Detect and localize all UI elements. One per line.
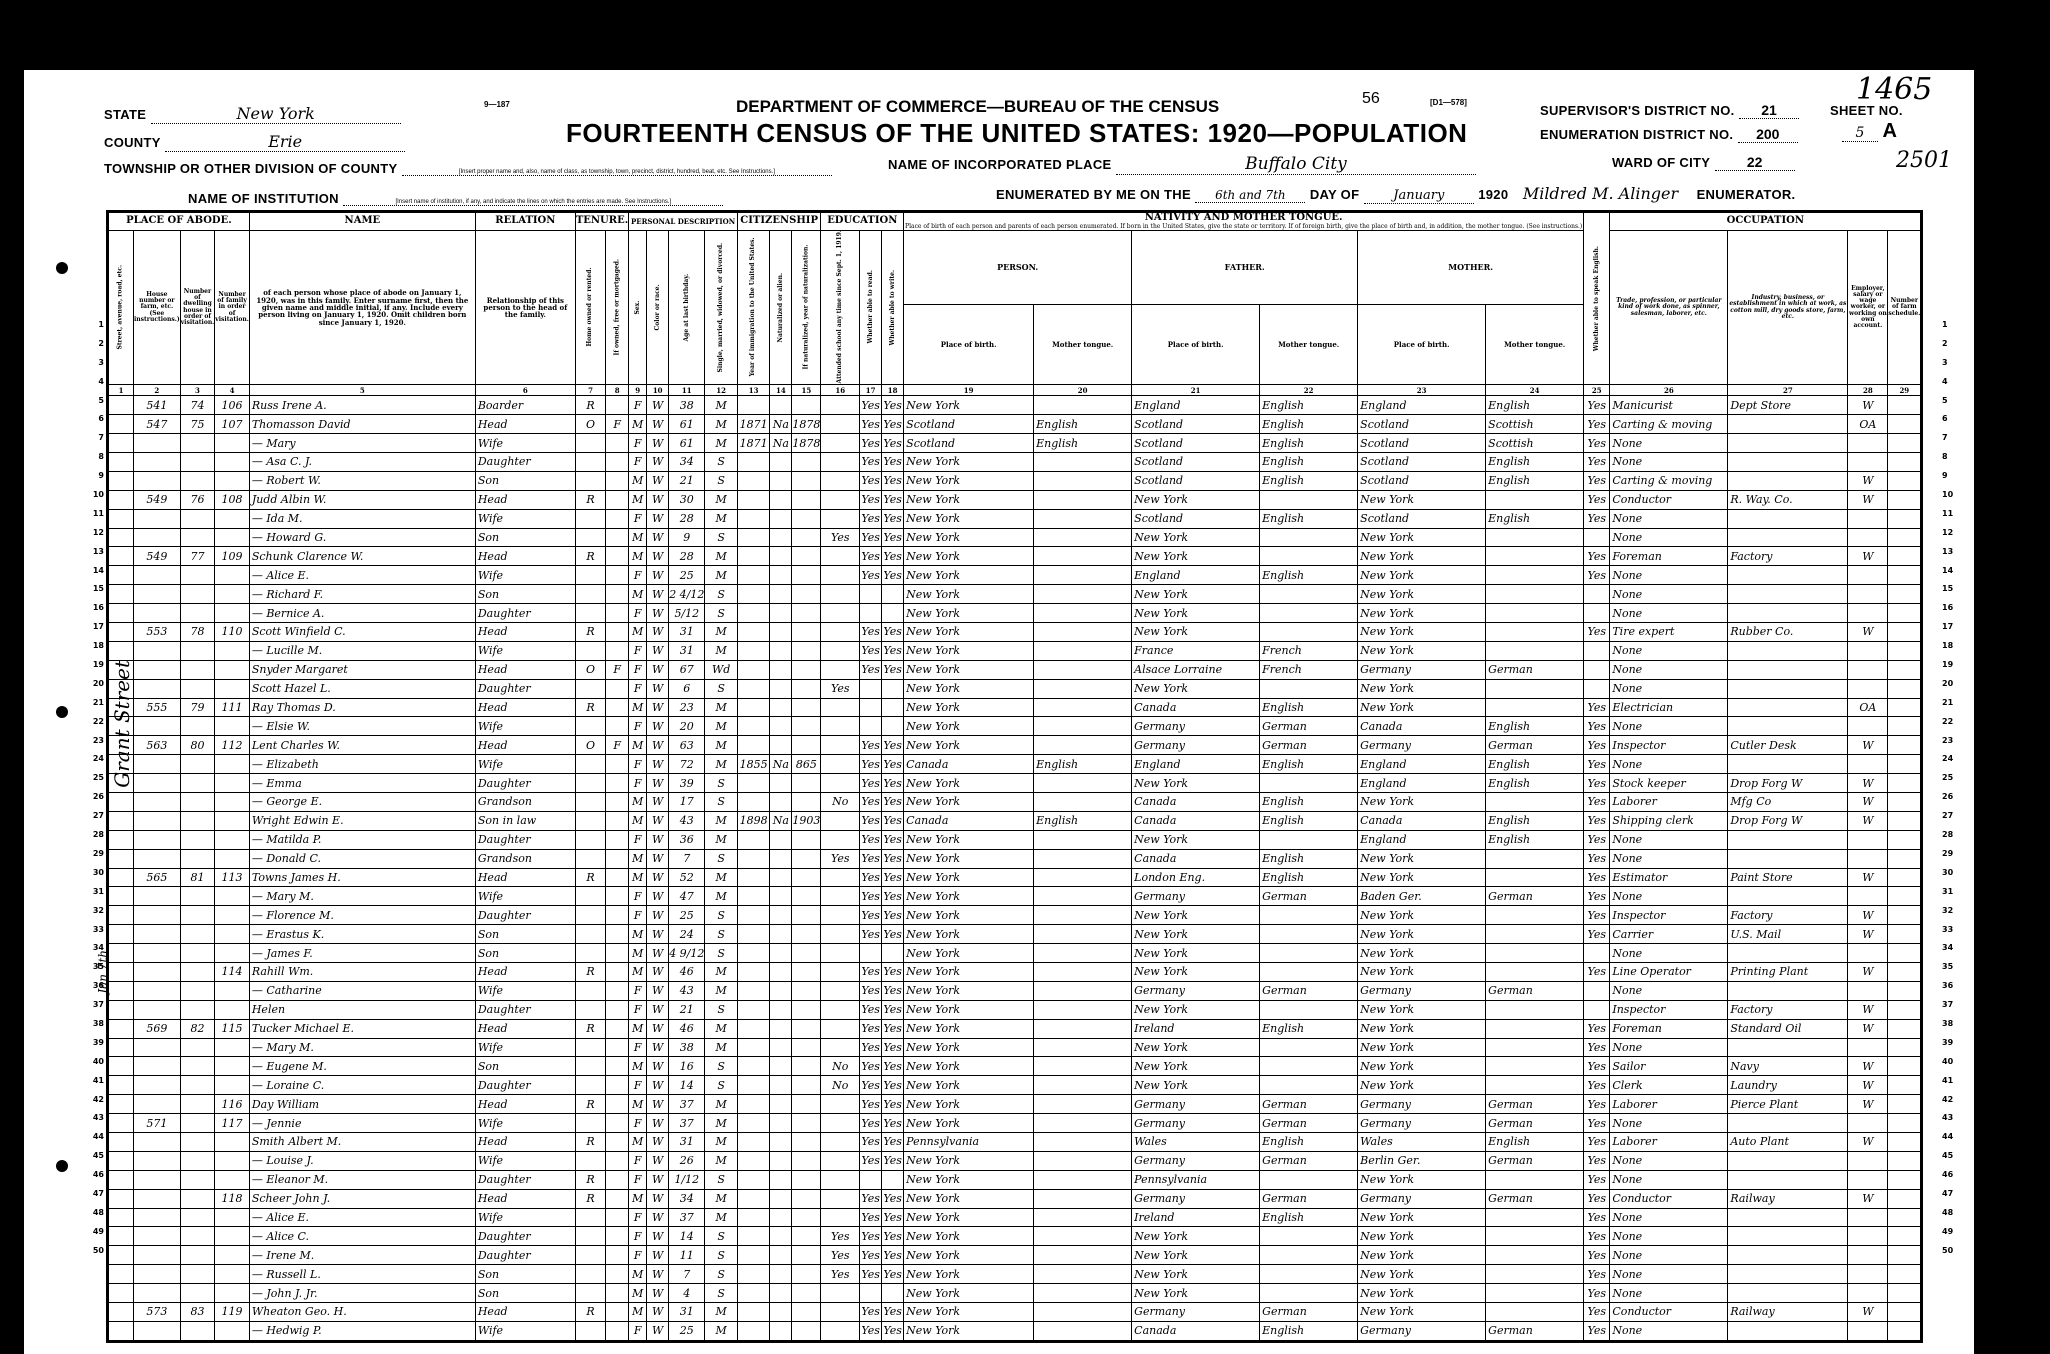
cell-natyear: [792, 452, 821, 471]
cell-industry: Navy: [1728, 1057, 1848, 1076]
cell-mtongue: [1486, 490, 1584, 509]
cell-street: [108, 415, 134, 434]
cell-house: 549: [134, 490, 181, 509]
cell-name: — Alice E.: [249, 566, 475, 585]
cell-relation: Son: [475, 528, 575, 547]
cell-immig: [737, 1133, 769, 1152]
cell-read: [860, 585, 882, 604]
line-number: 31: [1942, 887, 1962, 906]
cell-write: Yes: [882, 1133, 904, 1152]
cell-english: Yes: [1584, 830, 1610, 849]
cell-nat: [770, 925, 792, 944]
margin-note: [1975, 1246, 2050, 1265]
cell-nat: [770, 509, 792, 528]
cell-nat: [770, 1265, 792, 1284]
cell-write: Yes: [882, 906, 904, 925]
line-number: 48: [1942, 1208, 1962, 1227]
cell-name: — Mary M.: [249, 887, 475, 906]
cell-family: [215, 981, 250, 1000]
cell-age: 61: [669, 434, 705, 453]
cell-pob: New York: [904, 1019, 1034, 1038]
cell-house: [134, 1057, 181, 1076]
cell-age: 52: [669, 868, 705, 887]
column-number: 27: [1728, 385, 1848, 396]
cell-trade: None: [1610, 830, 1728, 849]
cell-read: Yes: [860, 887, 882, 906]
cell-nat: [770, 736, 792, 755]
cell-age: 4: [669, 1284, 705, 1303]
cell-english: Yes: [1584, 925, 1610, 944]
cell-read: Yes: [860, 1265, 882, 1284]
cell-mpob: New York: [1358, 566, 1486, 585]
cell-nat: [770, 944, 792, 963]
cell-mtongue: German: [1486, 887, 1584, 906]
cell-mpob: Germany: [1358, 1114, 1486, 1133]
cell-industry: [1728, 755, 1848, 774]
margin-note: 3158: [1975, 717, 2050, 736]
cell-english: Yes: [1584, 1095, 1610, 1114]
cell-ftongue: German: [1260, 887, 1358, 906]
cell-family: [215, 811, 250, 830]
cell-relation: Wife: [475, 434, 575, 453]
cell-sex: M: [629, 1095, 647, 1114]
cell-fpob: New York: [1132, 585, 1260, 604]
cell-school: [821, 1133, 860, 1152]
margin-note: [1975, 679, 2050, 698]
cell-marital: M: [705, 736, 738, 755]
cell-write: Yes: [882, 622, 904, 641]
line-number: 39: [1942, 1038, 1962, 1057]
cell-write: Yes: [882, 963, 904, 982]
cell-class: W: [1848, 963, 1888, 982]
cell-family: [215, 1284, 250, 1303]
cell-ftongue: [1260, 604, 1358, 623]
cell-mort: [606, 452, 629, 471]
cell-family: [215, 528, 250, 547]
table-row: — Elsie W.WifeFW20MNew YorkGermanyGerman…: [108, 717, 1922, 736]
cell-relation: Son: [475, 1284, 575, 1303]
cell-industry: Factory: [1728, 906, 1848, 925]
cell-class: W: [1848, 622, 1888, 641]
cell-mtongue: English: [1486, 774, 1584, 793]
cell-nat: [770, 528, 792, 547]
cell-mpob: Berlin Ger.: [1358, 1151, 1486, 1170]
cell-street: [108, 1303, 134, 1322]
cell-write: Yes: [882, 1265, 904, 1284]
cell-marital: M: [705, 1321, 738, 1341]
cell-tenure: R: [575, 1133, 605, 1152]
cell-mpob: New York: [1358, 906, 1486, 925]
cell-farm: [1888, 1151, 1922, 1170]
margin-note: [1975, 1189, 2050, 1208]
cell-industry: Standard Oil: [1728, 1019, 1848, 1038]
cell-name: — Donald C.: [249, 849, 475, 868]
cell-mpob: Scotland: [1358, 434, 1486, 453]
cell-age: 23: [669, 698, 705, 717]
cell-industry: [1728, 1246, 1848, 1265]
cell-relation: Wife: [475, 1208, 575, 1227]
cell-pob: New York: [904, 1057, 1034, 1076]
cell-mpob: New York: [1358, 1019, 1486, 1038]
cell-name: — Elizabeth: [249, 755, 475, 774]
cell-ftongue: [1260, 1265, 1358, 1284]
cell-fpob: New York: [1132, 1265, 1260, 1284]
cell-class: OA: [1848, 415, 1888, 434]
cell-class: [1848, 528, 1888, 547]
cell-industry: [1728, 1265, 1848, 1284]
cell-english: [1584, 660, 1610, 679]
cell-english: Yes: [1584, 1038, 1610, 1057]
cell-fpob: Scotland: [1132, 452, 1260, 471]
enumeration-district-value: 200: [1738, 126, 1798, 143]
cell-relation: Head: [475, 698, 575, 717]
cell-write: Yes: [882, 774, 904, 793]
cell-dwelling: [180, 1321, 215, 1341]
cell-house: 547: [134, 415, 181, 434]
cell-race: W: [647, 1151, 669, 1170]
cell-tenure: [575, 717, 605, 736]
cell-sex: F: [629, 755, 647, 774]
cell-marital: S: [705, 1000, 738, 1019]
col-25-header: Whether able to speak English.: [1584, 212, 1610, 385]
cell-natyear: [792, 1284, 821, 1303]
cell-tenure: R: [575, 1095, 605, 1114]
cell-ftongue: [1260, 944, 1358, 963]
cell-natyear: [792, 641, 821, 660]
cell-tongue: [1034, 944, 1132, 963]
cell-natyear: [792, 981, 821, 1000]
cell-english: [1584, 1000, 1610, 1019]
cell-fpob: Germany: [1132, 1189, 1260, 1208]
cell-mpob: New York: [1358, 1227, 1486, 1246]
cell-tongue: English: [1034, 755, 1132, 774]
cell-school: [821, 698, 860, 717]
cell-write: Yes: [882, 490, 904, 509]
cell-trade: Conductor: [1610, 1303, 1728, 1322]
cell-trade: Conductor: [1610, 490, 1728, 509]
cell-write: Yes: [882, 1151, 904, 1170]
cell-street: [108, 1321, 134, 1341]
incorporated-place-value: Buffalo City: [1116, 154, 1476, 175]
cell-school: [821, 717, 860, 736]
cell-house: 565: [134, 868, 181, 887]
cell-marital: S: [705, 1284, 738, 1303]
cell-class: W: [1848, 1133, 1888, 1152]
cell-farm: [1888, 434, 1922, 453]
cell-pob: New York: [904, 1151, 1034, 1170]
cell-english: Yes: [1584, 1265, 1610, 1284]
cell-read: Yes: [860, 1227, 882, 1246]
cell-class: W: [1848, 1000, 1888, 1019]
cell-mpob: Germany: [1358, 981, 1486, 1000]
cell-fpob: New York: [1132, 1246, 1260, 1265]
cell-nat: [770, 1133, 792, 1152]
cell-immig: [737, 981, 769, 1000]
cell-mtongue: [1486, 906, 1584, 925]
cell-english: [1584, 528, 1610, 547]
cell-relation: Wife: [475, 641, 575, 660]
cell-write: Yes: [882, 830, 904, 849]
cell-immig: [737, 1246, 769, 1265]
margin-note: [1975, 1208, 2050, 1227]
group-occupation: OCCUPATION: [1610, 212, 1922, 231]
cell-race: W: [647, 452, 669, 471]
cell-dwelling: [180, 660, 215, 679]
cell-nat: [770, 547, 792, 566]
cell-relation: Wife: [475, 1151, 575, 1170]
line-number: 11: [1942, 509, 1962, 528]
cell-age: 21: [669, 1000, 705, 1019]
cell-immig: [737, 566, 769, 585]
cell-sex: M: [629, 1057, 647, 1076]
county-value: Erie: [165, 132, 405, 152]
line-number: 40: [1942, 1057, 1962, 1076]
cell-mpob: New York: [1358, 679, 1486, 698]
cell-relation: Son: [475, 944, 575, 963]
column-number: 11: [669, 385, 705, 396]
cell-school: Yes: [821, 1265, 860, 1284]
cell-immig: [737, 509, 769, 528]
cell-natyear: [792, 868, 821, 887]
cell-name: Scott Hazel L.: [249, 679, 475, 698]
cell-trade: Foreman: [1610, 547, 1728, 566]
corner-right-number: 2501: [1896, 148, 1952, 173]
line-number: 14: [1942, 566, 1962, 585]
margin-note: [1975, 811, 2050, 830]
cell-read: Yes: [860, 1151, 882, 1170]
cell-ftongue: [1260, 1227, 1358, 1246]
cell-tenure: [575, 604, 605, 623]
cell-tongue: [1034, 641, 1132, 660]
cell-farm: [1888, 528, 1922, 547]
line-number: 1: [1942, 320, 1962, 339]
cell-write: Yes: [882, 1114, 904, 1133]
cell-name: Lent Charles W.: [249, 736, 475, 755]
cell-ftongue: English: [1260, 811, 1358, 830]
cell-name: — Russell L.: [249, 1265, 475, 1284]
cell-read: Yes: [860, 1019, 882, 1038]
cell-mtongue: German: [1486, 1321, 1584, 1341]
cell-dwelling: [180, 963, 215, 982]
table-row: — Eugene M.SonMW16SNoYesYesNew YorkNew Y…: [108, 1057, 1922, 1076]
cell-read: Yes: [860, 1057, 882, 1076]
cell-mpob: England: [1358, 830, 1486, 849]
cell-mpob: Scotland: [1358, 415, 1486, 434]
cell-read: Yes: [860, 868, 882, 887]
cell-family: 118: [215, 1189, 250, 1208]
cell-ftongue: [1260, 830, 1358, 849]
cell-house: [134, 830, 181, 849]
cell-dwelling: [180, 925, 215, 944]
cell-street: [108, 547, 134, 566]
cell-street: [108, 1019, 134, 1038]
cell-read: Yes: [860, 1189, 882, 1208]
cell-house: [134, 1038, 181, 1057]
cell-mort: [606, 1038, 629, 1057]
cell-street: [108, 963, 134, 982]
cell-dwelling: [180, 566, 215, 585]
cell-street: [108, 566, 134, 585]
cell-mtongue: [1486, 604, 1584, 623]
cell-race: W: [647, 698, 669, 717]
cell-trade: Carting & moving: [1610, 415, 1728, 434]
subgroup-person: PERSON.: [904, 230, 1132, 304]
column-number: 14: [770, 385, 792, 396]
cell-mpob: England: [1358, 755, 1486, 774]
cell-farm: [1888, 1208, 1922, 1227]
cell-trade: None: [1610, 944, 1728, 963]
cell-mort: [606, 1114, 629, 1133]
cell-class: W: [1848, 868, 1888, 887]
cell-fpob: England: [1132, 566, 1260, 585]
cell-write: [882, 585, 904, 604]
line-number: 40: [90, 1057, 104, 1076]
cell-trade: None: [1610, 509, 1728, 528]
cell-marital: M: [705, 434, 738, 453]
cell-sex: F: [629, 509, 647, 528]
margin-note: [1975, 1095, 2050, 1114]
cell-immig: 1871: [737, 415, 769, 434]
cell-english: Yes: [1584, 1170, 1610, 1189]
cell-family: [215, 944, 250, 963]
cell-trade: None: [1610, 1265, 1728, 1284]
line-number: 21: [90, 698, 104, 717]
cell-mpob: Scotland: [1358, 471, 1486, 490]
cell-age: 37: [669, 1208, 705, 1227]
cell-english: Yes: [1584, 811, 1610, 830]
cell-age: 37: [669, 1114, 705, 1133]
cell-english: Yes: [1584, 1133, 1610, 1152]
cell-write: [882, 698, 904, 717]
cell-dwelling: 80: [180, 736, 215, 755]
cell-farm: [1888, 1246, 1922, 1265]
cell-mort: [606, 528, 629, 547]
cell-mtongue: [1486, 1076, 1584, 1095]
cell-race: W: [647, 887, 669, 906]
cell-fpob: Germany: [1132, 1095, 1260, 1114]
cell-read: Yes: [860, 622, 882, 641]
table-row: — Richard F.SonMW2 4/12SNew YorkNew York…: [108, 585, 1922, 604]
cell-farm: [1888, 490, 1922, 509]
cell-natyear: 1878: [792, 415, 821, 434]
cell-natyear: [792, 774, 821, 793]
incorporated-place-field: NAME OF INCORPORATED PLACE Buffalo City: [888, 154, 1476, 175]
cell-nat: [770, 622, 792, 641]
table-row: 116Day WilliamHeadRMW37MYesYesNew YorkGe…: [108, 1095, 1922, 1114]
cell-immig: 1871: [737, 434, 769, 453]
cell-relation: Head: [475, 1133, 575, 1152]
cell-fpob: New York: [1132, 925, 1260, 944]
cell-write: [882, 1284, 904, 1303]
cell-natyear: [792, 717, 821, 736]
cell-trade: None: [1610, 566, 1728, 585]
table-row: — Matilda P.DaughterFW36MYesYesNew YorkN…: [108, 830, 1922, 849]
cell-relation: Daughter: [475, 1170, 575, 1189]
cell-english: Yes: [1584, 1227, 1610, 1246]
cell-house: [134, 566, 181, 585]
column-number: 23: [1358, 385, 1486, 396]
cell-mpob: New York: [1358, 925, 1486, 944]
cell-english: Yes: [1584, 1189, 1610, 1208]
line-number: 1: [90, 320, 104, 339]
cell-school: [821, 944, 860, 963]
cell-class: [1848, 1265, 1888, 1284]
margin-note: 256: [1975, 1019, 2050, 1038]
cell-sex: F: [629, 434, 647, 453]
cell-industry: [1728, 452, 1848, 471]
cell-race: W: [647, 547, 669, 566]
cell-age: 9: [669, 528, 705, 547]
cell-english: [1584, 679, 1610, 698]
cell-race: W: [647, 963, 669, 982]
cell-marital: S: [705, 585, 738, 604]
cell-school: [821, 604, 860, 623]
cell-school: No: [821, 1076, 860, 1095]
cell-dwelling: [180, 830, 215, 849]
cell-ftongue: [1260, 1076, 1358, 1095]
cell-family: [215, 1246, 250, 1265]
cell-nat: Na: [770, 755, 792, 774]
cell-street: [108, 887, 134, 906]
cell-house: 555: [134, 698, 181, 717]
enumerated-month: January: [1364, 188, 1474, 204]
cell-mpob: New York: [1358, 1208, 1486, 1227]
cell-natyear: 1878: [792, 434, 821, 453]
line-number: 33: [90, 925, 104, 944]
cell-trade: None: [1610, 660, 1728, 679]
table-row: 55378110Scott Winfield C.HeadRMW31MYesYe…: [108, 622, 1922, 641]
cell-pob: New York: [904, 490, 1034, 509]
cell-natyear: 1903: [792, 811, 821, 830]
cell-street: [108, 1246, 134, 1265]
cell-sex: F: [629, 717, 647, 736]
cell-farm: [1888, 963, 1922, 982]
cell-mort: [606, 925, 629, 944]
cell-family: [215, 887, 250, 906]
cell-tenure: [575, 528, 605, 547]
line-number: 42: [90, 1095, 104, 1114]
cell-name: Wheaton Geo. H.: [249, 1303, 475, 1322]
cell-family: [215, 679, 250, 698]
cell-immig: [737, 1265, 769, 1284]
cell-immig: [737, 925, 769, 944]
cell-class: [1848, 1151, 1888, 1170]
cell-tenure: [575, 774, 605, 793]
cell-immig: [737, 849, 769, 868]
cell-fpob: Wales: [1132, 1133, 1260, 1152]
cell-pob: New York: [904, 868, 1034, 887]
cell-name: Helen: [249, 1000, 475, 1019]
cell-dwelling: [180, 1151, 215, 1170]
cell-mort: F: [606, 660, 629, 679]
cell-race: W: [647, 660, 669, 679]
cell-fpob: England: [1132, 396, 1260, 415]
cell-family: 113: [215, 868, 250, 887]
cell-dwelling: [180, 1284, 215, 1303]
cell-fpob: Canada: [1132, 792, 1260, 811]
cell-trade: None: [1610, 452, 1728, 471]
cell-industry: [1728, 471, 1848, 490]
cell-school: [821, 1208, 860, 1227]
cell-pob: New York: [904, 698, 1034, 717]
margin-note: 988: [1975, 792, 2050, 811]
cell-dwelling: [180, 1095, 215, 1114]
table-row: — Russell L.SonMW7SYesYesYesNew YorkNew …: [108, 1265, 1922, 1284]
cell-relation: Head: [475, 868, 575, 887]
cell-dwelling: [180, 509, 215, 528]
cell-ftongue: German: [1260, 1303, 1358, 1322]
cell-pob: New York: [904, 679, 1034, 698]
